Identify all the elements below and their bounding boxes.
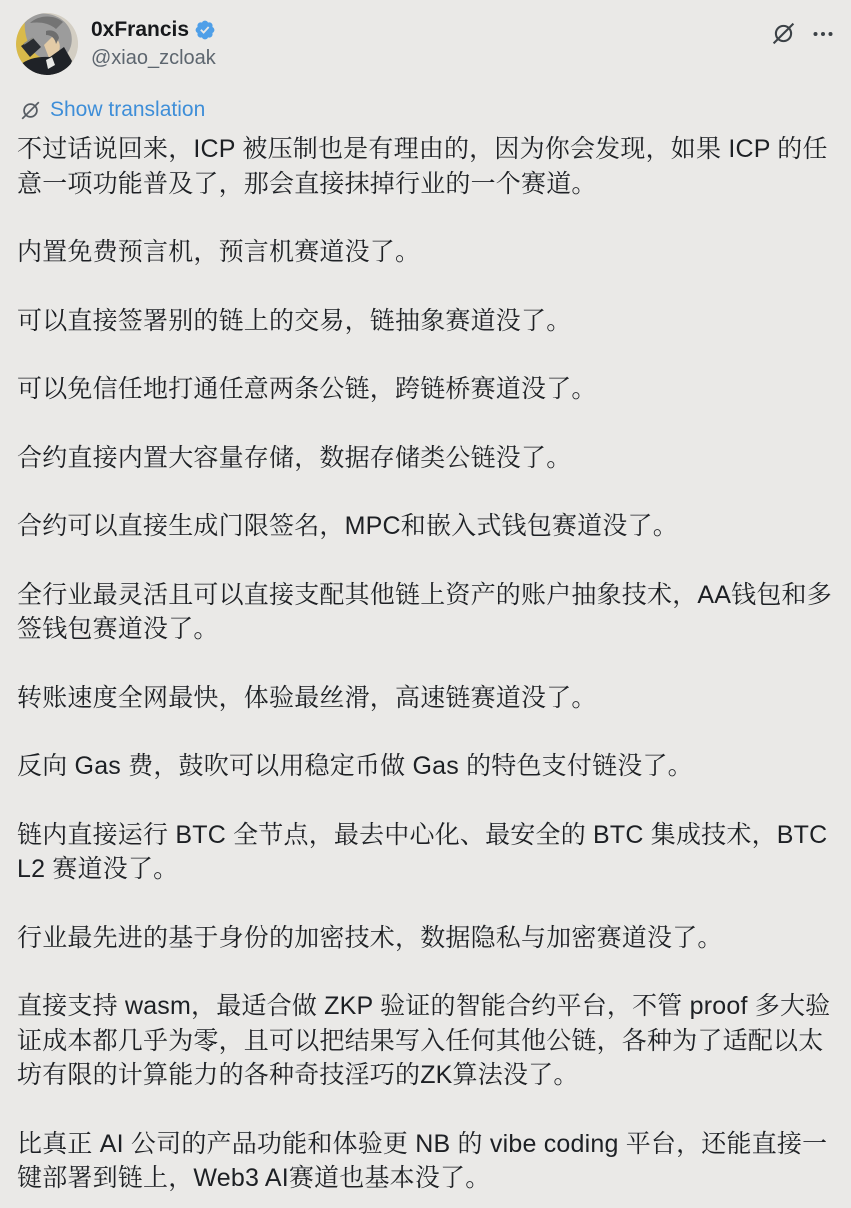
- show-translation-link[interactable]: Show translation: [50, 97, 205, 123]
- grok-slash-circle-icon: [20, 100, 41, 121]
- post-paragraph: 反向 Gas 费，鼓吹可以用稳定币做 Gas 的特色支付链没了。: [17, 749, 835, 784]
- author-names: 0xFrancis @xiao_zcloak: [91, 13, 771, 70]
- handle: @xiao_zcloak: [91, 46, 771, 70]
- post-paragraph: 行业最先进的基于身份的加密技术，数据隐私与加密赛道没了。: [17, 921, 835, 956]
- post-paragraph: 链内直接运行 BTC 全节点，最去中心化、最安全的 BTC 集成技术，BTC L…: [17, 818, 835, 887]
- tweet-detail: 0xFrancis @xiao_zcloak: [0, 0, 851, 1196]
- post-body: 不过话说回来，ICP 被压制也是有理由的，因为你会发现，如果 ICP 的任意一项…: [16, 132, 835, 1196]
- grok-actions-button[interactable]: [771, 21, 796, 46]
- post-paragraph: 可以直接签署别的链上的交易，链抽象赛道没了。: [17, 304, 835, 339]
- grok-slash-circle-icon: [771, 21, 796, 46]
- more-button[interactable]: [811, 22, 835, 46]
- translate-row: Show translation: [16, 97, 835, 123]
- verified-badge-icon[interactable]: [194, 19, 216, 41]
- post-paragraph: 合约可以直接生成门限签名，MPC和嵌入式钱包赛道没了。: [17, 509, 835, 544]
- post-paragraph: 可以免信任地打通任意两条公链，跨链桥赛道没了。: [17, 372, 835, 407]
- post-paragraph: 转账速度全网最快，体验最丝滑，高速链赛道没了。: [17, 681, 835, 716]
- display-name[interactable]: 0xFrancis: [91, 17, 189, 43]
- post-paragraph: 全行业最灵活且可以直接支配其他链上资产的账户抽象技术，AA钱包和多签钱包赛道没了…: [17, 578, 835, 647]
- ellipsis-more-icon: [811, 22, 835, 46]
- avatar-image: [16, 13, 78, 75]
- post-paragraph: 内置免费预言机，预言机赛道没了。: [17, 235, 835, 270]
- avatar[interactable]: [16, 13, 78, 75]
- header-actions: [771, 13, 835, 46]
- post-paragraph: 合约直接内置大容量存储，数据存储类公链没了。: [17, 441, 835, 476]
- post-paragraph: 不过话说回来，ICP 被压制也是有理由的，因为你会发现，如果 ICP 的任意一项…: [17, 132, 835, 201]
- post-paragraph: 比真正 AI 公司的产品功能和体验更 NB 的 vibe coding 平台，还…: [17, 1127, 835, 1196]
- post-paragraph: 直接支持 wasm，最适合做 ZKP 验证的智能合约平台，不管 proof 多大…: [17, 989, 835, 1093]
- tweet-header: 0xFrancis @xiao_zcloak: [16, 13, 835, 75]
